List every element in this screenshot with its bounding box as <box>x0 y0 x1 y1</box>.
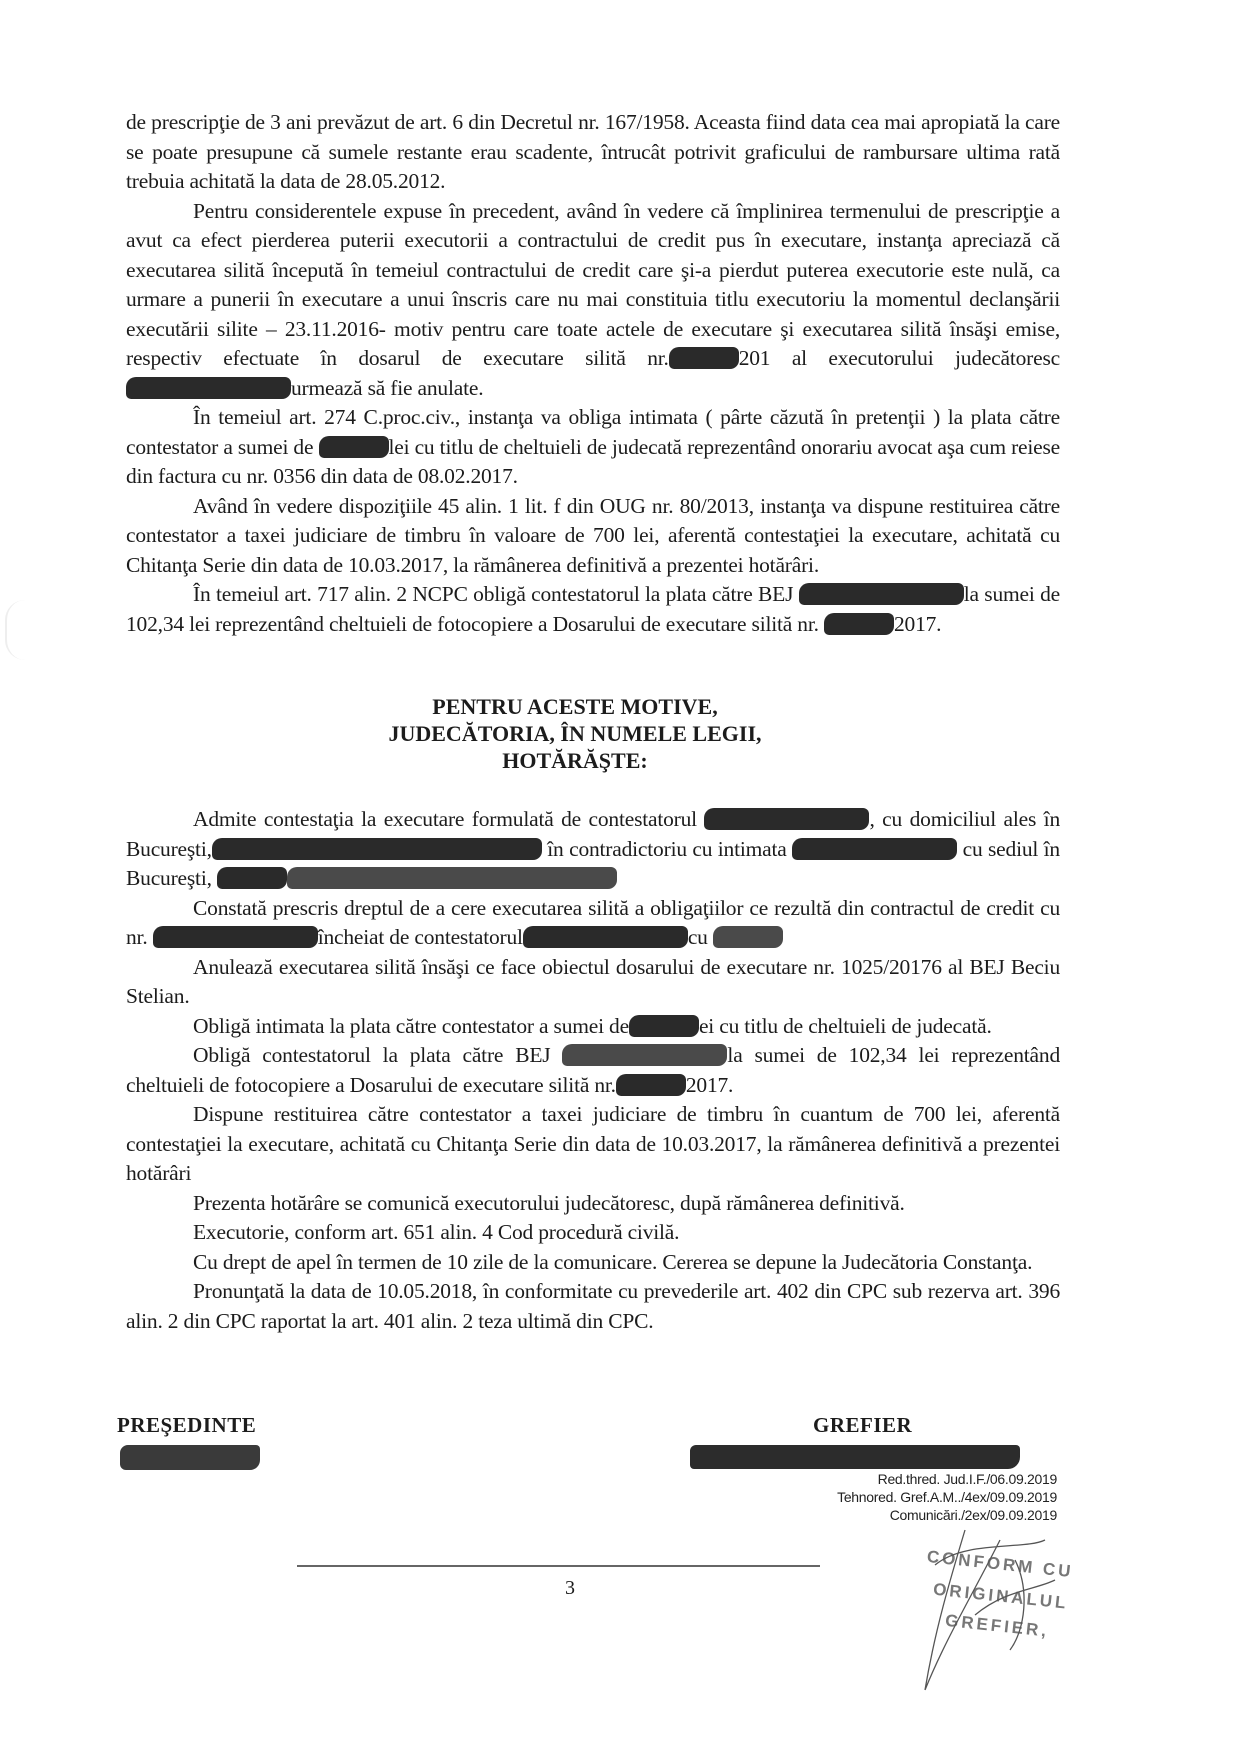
paragraph-text: Admite contestaţia la executare formulat… <box>193 807 704 831</box>
redaction-mark <box>704 808 869 830</box>
paragraph: Pentru considerentele expuse în preceden… <box>126 197 1060 404</box>
clerk-name-redacted <box>690 1445 1020 1469</box>
paragraph-text: ei cu titlu de cheltuieli de judecată. <box>699 1014 992 1038</box>
paragraph-text: În temeiul art. 717 alin. 2 NCPC obligă … <box>193 582 799 606</box>
redaction-mark <box>616 1074 686 1096</box>
redaction-mark <box>217 867 287 889</box>
clerk-label: GREFIER <box>813 1413 912 1438</box>
paragraph: Admite contestaţia la executare formulat… <box>126 805 1060 894</box>
redaction-mark <box>319 436 389 458</box>
redaction-mark <box>713 926 783 948</box>
scan-smudge <box>5 600 47 660</box>
clerk-notes: Red.thred. Jud.I.F./06.09.2019 Tehnored.… <box>837 1470 1057 1524</box>
redaction-mark <box>287 867 617 889</box>
paragraph-text: Pronunţată la data de 10.05.2018, în con… <box>126 1279 1060 1333</box>
paragraph: Constată prescris dreptul de a cere exec… <box>126 894 1060 953</box>
stamp-line-1: CONFORM CU <box>926 1547 1074 1581</box>
paragraph-text: Obligă contestatorul la plata către BEJ <box>193 1043 562 1067</box>
redaction-mark <box>799 583 964 605</box>
paragraph-text: Cu drept de apel în termen de 10 zile de… <box>193 1250 1032 1274</box>
redaction-mark <box>669 347 739 369</box>
redaction-mark <box>824 613 894 635</box>
heading-line-2: JUDECĂTORIA, ÎN NUMELE LEGII, <box>0 720 1240 747</box>
president-name-redacted <box>120 1445 260 1470</box>
considerations-section: de prescripţie de 3 ani prevăzut de art.… <box>126 108 1060 639</box>
paragraph: Dispune restituirea către contestator a … <box>126 1100 1060 1189</box>
paragraph: Obligă intimata la plata către contestat… <box>126 1012 1060 1042</box>
paragraph-text: Având în vedere dispoziţiile 45 alin. 1 … <box>126 494 1060 577</box>
paragraph-text: Prezenta hotărâre se comunică executorul… <box>193 1191 905 1215</box>
heading-line-1: PENTRU ACESTE MOTIVE, <box>0 693 1240 720</box>
paragraph: În temeiul art. 274 C.proc.civ., instanţ… <box>126 403 1060 492</box>
paragraph-text: de prescripţie de 3 ani prevăzut de art.… <box>126 110 1060 193</box>
redaction-mark <box>212 838 542 860</box>
paragraph: Anulează executarea silită însăşi ce fac… <box>126 953 1060 1012</box>
paragraph: În temeiul art. 717 alin. 2 NCPC obligă … <box>126 580 1060 639</box>
paragraph-text: încheiat de contestatorul <box>318 925 523 949</box>
paragraph: Obligă contestatorul la plata către BEJ … <box>126 1041 1060 1100</box>
stamp-line-2: ORIGINALUL <box>932 1580 1069 1613</box>
redaction-mark <box>792 838 957 860</box>
redaction-mark <box>523 926 688 948</box>
paragraph-text: Pentru considerentele expuse în preceden… <box>126 199 1060 371</box>
paragraph-text: Executorie, conform art. 651 alin. 4 Cod… <box>193 1220 679 1244</box>
paragraph-text: în contradictoriu cu intimata <box>542 837 792 861</box>
dispositive-section: Admite contestaţia la executare formulat… <box>126 805 1060 1336</box>
redaction-mark <box>153 926 318 948</box>
document-page: de prescripţie de 3 ani prevăzut de art.… <box>0 0 1240 1754</box>
paragraph: Prezenta hotărâre se comunică executorul… <box>126 1189 1060 1219</box>
clerk-note-drafting: Red.thred. Jud.I.F./06.09.2019 <box>837 1470 1057 1488</box>
redaction-mark <box>562 1044 727 1066</box>
paragraph-text: Anulează executarea silită însăşi ce fac… <box>126 955 1060 1009</box>
paragraph: Având în vedere dispoziţiile 45 alin. 1 … <box>126 492 1060 581</box>
clerk-note-typing: Tehnored. Gref.A.M../4ex/09.09.2019 <box>837 1488 1057 1506</box>
conform-stamp-signature-icon: CONFORM CU ORIGINALUL GREFIER, <box>905 1520 1075 1700</box>
ruling-heading: PENTRU ACESTE MOTIVE, JUDECĂTORIA, ÎN NU… <box>0 693 1240 774</box>
redaction-mark <box>629 1015 699 1037</box>
footer-divider <box>297 1565 820 1567</box>
paragraph-text: cu <box>688 925 713 949</box>
paragraph-text: urmează să fie anulate. <box>291 376 483 400</box>
paragraph-text: 2017. <box>686 1073 733 1097</box>
heading-line-3: HOTĂRĂŞTE: <box>0 747 1240 774</box>
redaction-mark <box>126 377 291 399</box>
president-label: PREŞEDINTE <box>117 1413 256 1438</box>
paragraph-text: Dispune restituirea către contestator a … <box>126 1102 1060 1185</box>
paragraph: de prescripţie de 3 ani prevăzut de art.… <box>126 108 1060 197</box>
paragraph-text: 201 al executorului judecătoresc <box>739 346 1060 370</box>
paragraph: Executorie, conform art. 651 alin. 4 Cod… <box>126 1218 1060 1248</box>
paragraph-text: 2017. <box>894 612 941 636</box>
paragraph: Cu drept de apel în termen de 10 zile de… <box>126 1248 1060 1278</box>
paragraph-text: Obligă intimata la plata către contestat… <box>193 1014 629 1038</box>
paragraph: Pronunţată la data de 10.05.2018, în con… <box>126 1277 1060 1336</box>
